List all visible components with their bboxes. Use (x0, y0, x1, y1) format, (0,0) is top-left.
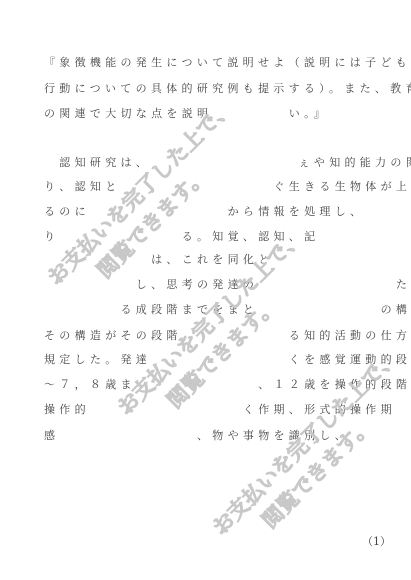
question-line-1: 『象徴機能の発生について説明せよ（説明には子どもの (44, 56, 411, 70)
body-line-12: 感 、物や事物を識別し、 (44, 429, 350, 443)
body-line-6: し、思考の発達の た。論理操 (44, 278, 411, 292)
body-line-1: 認知研究は、 ぇや知的能力の関心があ (44, 156, 411, 170)
body-line-10: ～７，８歳ま 、１２歳を操作的段階 (44, 378, 411, 392)
question-line-2: 行動についての具体的研究例も提示する）。また、教育と (44, 82, 411, 96)
body-line-9: 規定した。発達 くを感覚運動的段階、 (44, 353, 411, 367)
body-line-3: るのに から情報を処理し、 (44, 205, 365, 219)
document-page: 『象徴機能の発生について説明せよ（説明には子どもの 行動についての具体的研究例も… (0, 0, 411, 580)
body-line-8: その構造がその段階 る知的活動の仕方を (44, 329, 411, 343)
body-line-4: り る。知覚、認知、記 ど (44, 230, 411, 244)
page-number: （1） (362, 533, 391, 549)
body-line-5: は、これを同化と る連続 (44, 253, 411, 267)
body-line-2: り、認知と ぐ生きる生物体が上 (44, 180, 411, 194)
body-line-7: る成段階までをまと の構造を持ち、 (44, 303, 411, 317)
question-line-3: の関連で大切な点を説明 い。』 (44, 107, 329, 121)
watermark-3: お支払いを完了した上で、 閲覧できます。 (205, 342, 411, 562)
body-line-11: 操作的 く作期、形式的操作期 (44, 403, 396, 417)
